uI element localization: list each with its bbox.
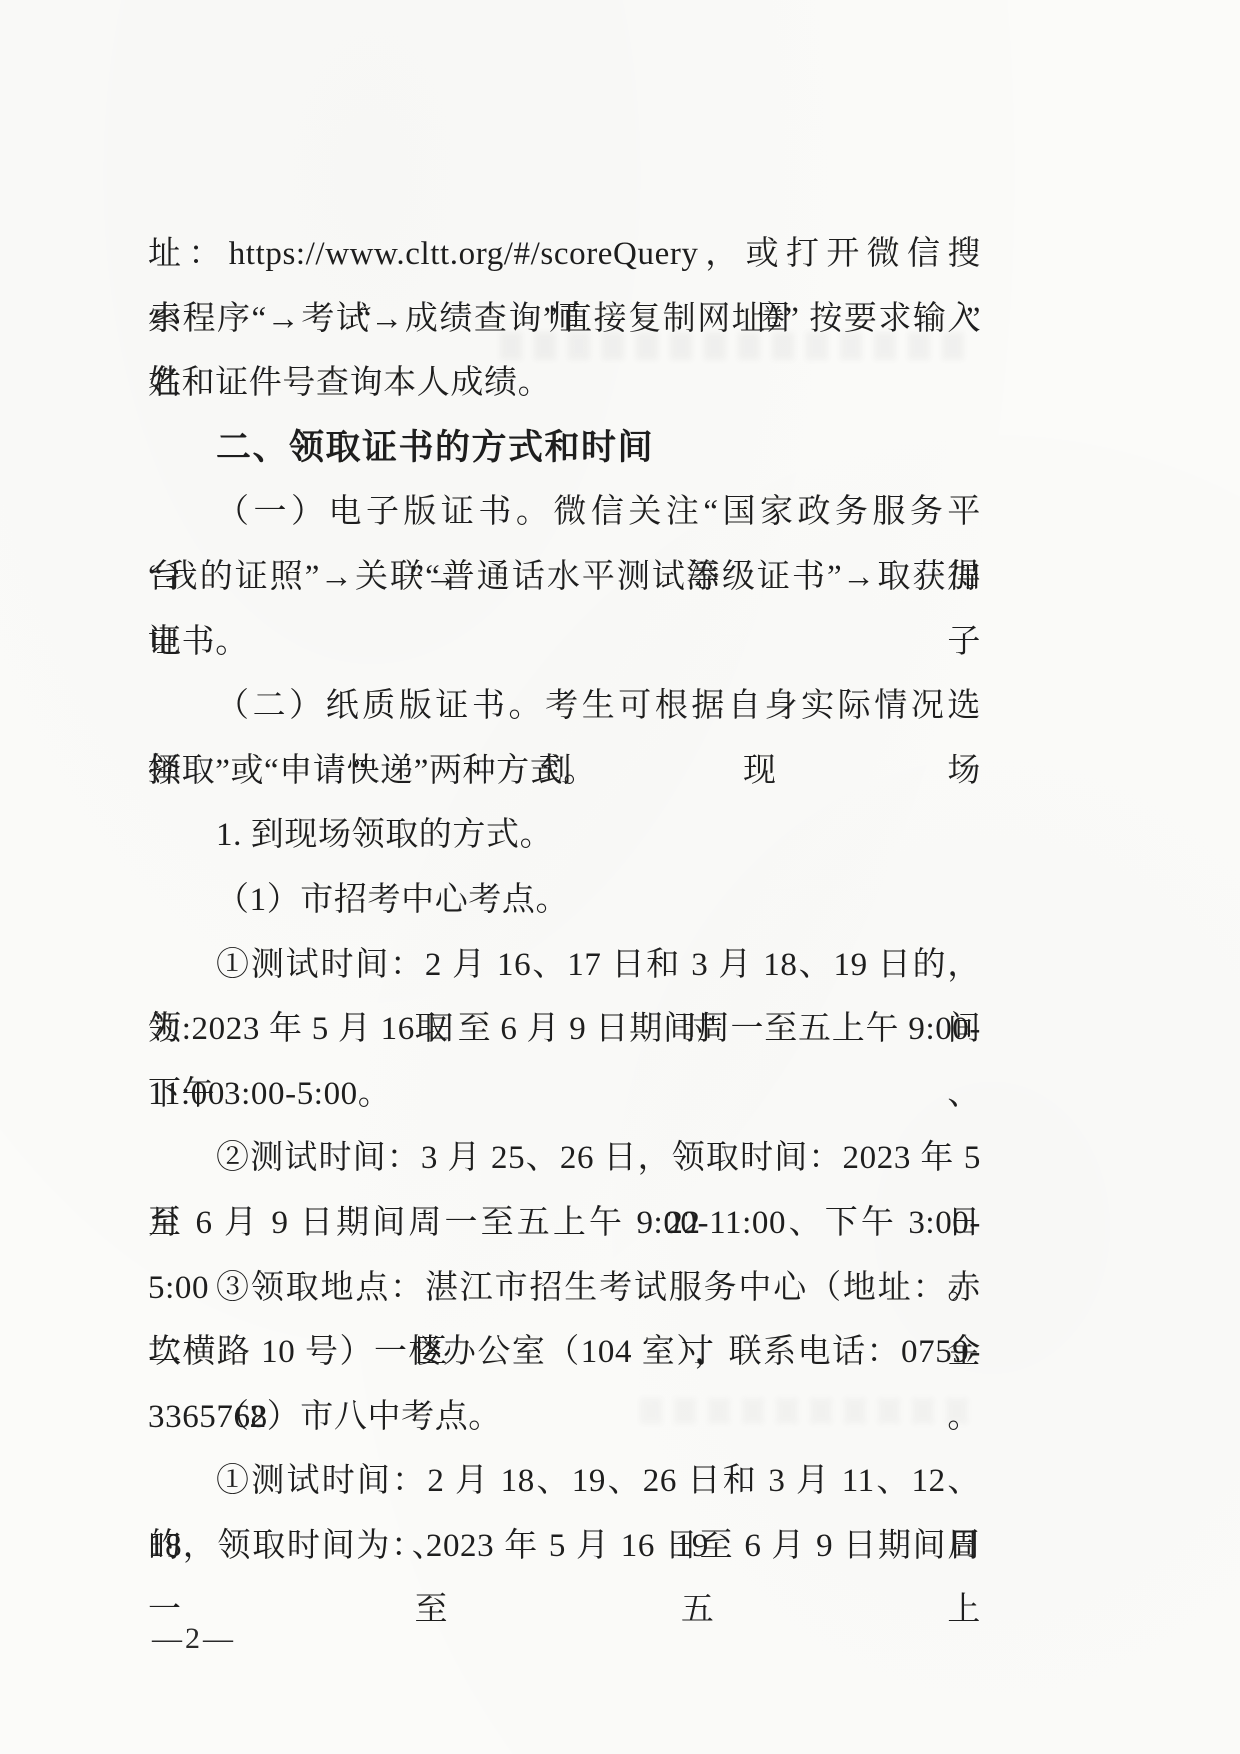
section-heading: 二、领取证书的方式和时间 [148, 416, 981, 481]
subsection-heading: （1）市招考中心考点。 [148, 868, 981, 933]
text-line: 为:2023 年 5 月 16 日至 6 月 9 日期间周一至五上午 9:00-… [148, 997, 981, 1062]
document-page: 址：https://www.cltt.org/#/scoreQuery，或打开微… [0, 0, 1240, 1754]
text-line: 名和证件号查询本人成绩。 [148, 351, 981, 416]
text-line: 的，领取时间为：2023 年 5 月 16 日至 6 月 9 日期间周一至五上 [148, 1514, 981, 1579]
text-line: “我的证照”→关联“普通话水平测试等级证书”→取获得电子 [148, 545, 981, 610]
text-line: ②测试时间：3 月 25、26 日，领取时间：2023 年 5 月 22 日 [148, 1126, 981, 1191]
text-line: ③领取地点：湛江市招生考试服务中心（地址：赤坎区寸金 [148, 1256, 981, 1321]
text-line: 二横路 10 号）一楼办公室（104 室），联系电话：0759-3365768。 [148, 1320, 981, 1385]
text-line: （一）电子版证书。微信关注“国家政务服务平台”→添加 [148, 480, 981, 545]
subsection-heading: 1. 到现场领取的方式。 [148, 803, 981, 868]
text-content: 址：https://www.cltt.org/#/scoreQuery，或打开微… [148, 222, 981, 1578]
text-line: ①测试时间：2 月 18、19、26 日和 3 月 11、12、18、19 日 [148, 1449, 981, 1514]
text-line: 址：https://www.cltt.org/#/scoreQuery，或打开微… [148, 222, 981, 287]
text-line: 小程序“→考试→成绩查询”直接复制网址）” 按要求输入姓 [148, 287, 981, 352]
text-line: ①测试时间：2 月 16、17 日和 3 月 18、19 日的，领取时间 [148, 933, 981, 998]
text-line: （二）纸质版证书。考生可根据自身实际情况选择“到现场 [148, 674, 981, 739]
text-line: 至 6 月 9 日期间周一至五上午 9:00-11:00、下午 3:00-5:0… [148, 1191, 981, 1256]
page-number: —2— [152, 1622, 236, 1656]
